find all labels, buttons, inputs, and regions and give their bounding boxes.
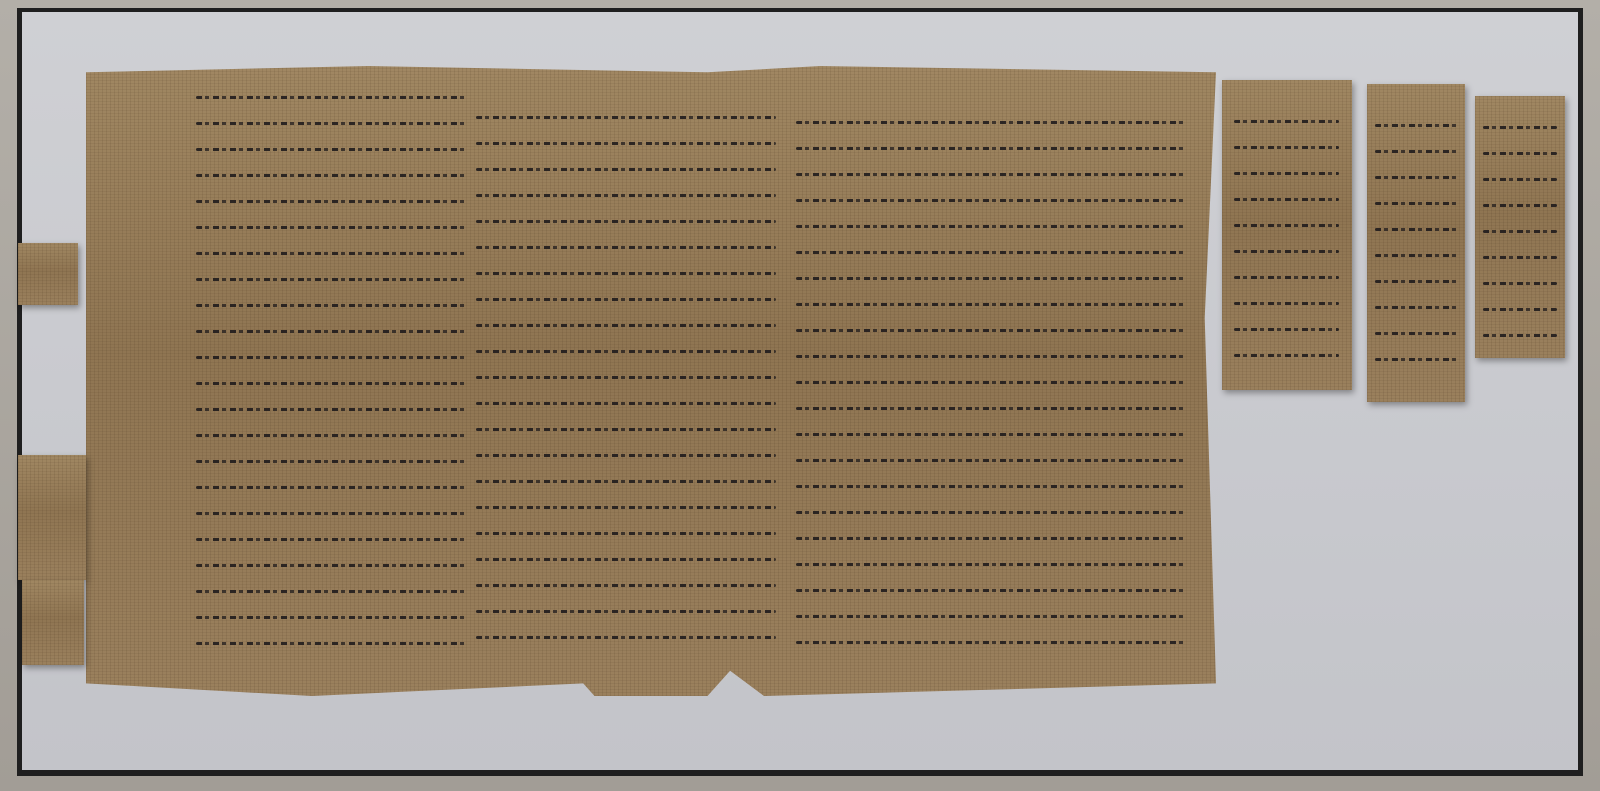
papyrus-left-fragment-top	[18, 243, 78, 305]
papyrus-right-fragment-1	[1222, 80, 1352, 390]
text-column-3	[796, 121, 1186, 667]
papyrus-left-fragment-bottom	[22, 580, 84, 665]
papyrus-right-fragment-2	[1367, 84, 1465, 402]
papyrus-right-fragment-3	[1475, 96, 1565, 358]
papyrus-main-sheet	[86, 66, 1216, 696]
text-column-6	[1483, 126, 1557, 360]
text-column-4	[1234, 120, 1339, 380]
papyrus-left-fragment-middle	[18, 455, 86, 580]
text-column-2	[476, 116, 776, 662]
text-column-1	[196, 96, 466, 668]
text-column-5	[1375, 124, 1457, 384]
